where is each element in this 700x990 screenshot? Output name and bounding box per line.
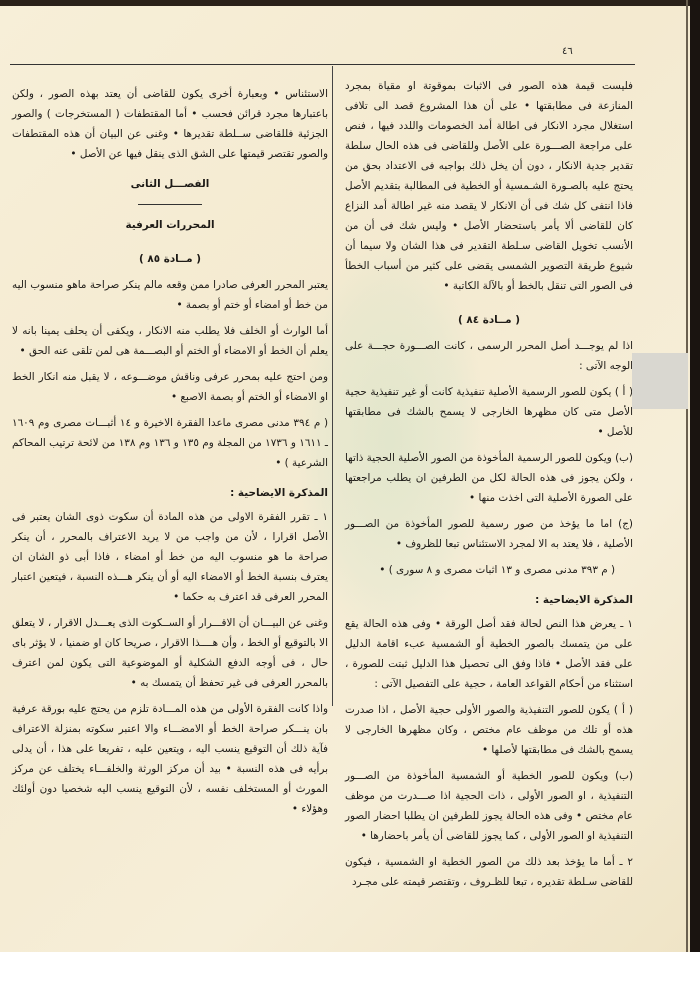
memo-title: المذكرة الايضاحية : xyxy=(12,483,328,503)
article-84-item-c: (ج) اما ما يؤخذ من صور رسمية للصور المأخ… xyxy=(345,514,633,554)
page-edge-line xyxy=(686,0,688,952)
article-84-title: ( مــادة ٨٤ ) xyxy=(345,310,633,330)
article-84-item-b: (ب) ويكون للصور الرسمية المأخوذة من الصو… xyxy=(345,448,633,508)
chapter-title: الفصـــل الثانى xyxy=(12,174,328,194)
memo-paragraph-1: ١ ـ يعرض هذا النص لحالة فقد أصل الورقة •… xyxy=(345,614,633,694)
header-rule xyxy=(10,64,635,65)
intro-paragraph: فليست قيمة هذه الصور فى الاثبات بموقوتة … xyxy=(345,76,633,296)
article-84-reference: ( م ٣٩٣ مدنى مصرى و ١٣ اثبات مصرى و ٨ سو… xyxy=(345,560,633,580)
memo-paragraph: واذا كانت الفقرة الأولى من هذه المـــادة… xyxy=(12,699,328,819)
section-title: المحررات العرفية xyxy=(12,215,328,235)
scan-top-edge xyxy=(0,0,700,6)
memo-title: المذكرة الايضاحية : xyxy=(345,590,633,610)
chapter-rule xyxy=(138,204,202,205)
page-number: ٤٦ xyxy=(562,46,573,57)
article-85-title: ( مــادة ٨٥ ) xyxy=(12,249,328,269)
right-column: فليست قيمة هذه الصور فى الاثبات بموقوتة … xyxy=(345,76,633,898)
article-84-item-a: ( أ ) يكون للصور الرسمية الأصلية تنفيذية… xyxy=(345,382,633,442)
scan-right-edge xyxy=(690,0,700,952)
column-divider xyxy=(332,66,333,706)
left-column: الاستئناس • وبعبارة أخرى يكون للقاضى أن … xyxy=(12,84,328,825)
article-85-paragraph: ومن احتج عليه بمحرر عرفى وناقش موضـــوعه… xyxy=(12,367,328,407)
scan-overlay-patch xyxy=(632,353,688,409)
article-85-paragraph: أما الوارث أو الخلف فلا يطلب منه الانكار… xyxy=(12,321,328,361)
article-84-intro: اذا لم يوجـــد أصل المحرر الرسمى ، كانت … xyxy=(345,336,633,376)
memo-item-a: ( أ ) يكون للصور التنفيذية والصور الأولى… xyxy=(345,700,633,760)
article-85-paragraph: يعتبر المحرر العرفى صادرا ممن وقعه مالم … xyxy=(12,275,328,315)
memo-paragraph-2: ٢ ـ أما ما يؤخذ بعد ذلك من الصور الخطية … xyxy=(345,852,633,892)
continuation-paragraph: الاستئناس • وبعبارة أخرى يكون للقاضى أن … xyxy=(12,84,328,164)
memo-paragraph: ١ ـ تقرر الفقرة الاولى من هذه المادة أن … xyxy=(12,507,328,607)
memo-item-b: (ب) ويكون للصور الخطية أو الشمسية المأخو… xyxy=(345,766,633,846)
article-85-reference: ( م ٣٩٤ مدنى مصرى ماعدا الفقرة الاخيرة و… xyxy=(12,413,328,473)
memo-paragraph: وغنى عن البيـــان أن الاقـــرار أو الســ… xyxy=(12,613,328,693)
